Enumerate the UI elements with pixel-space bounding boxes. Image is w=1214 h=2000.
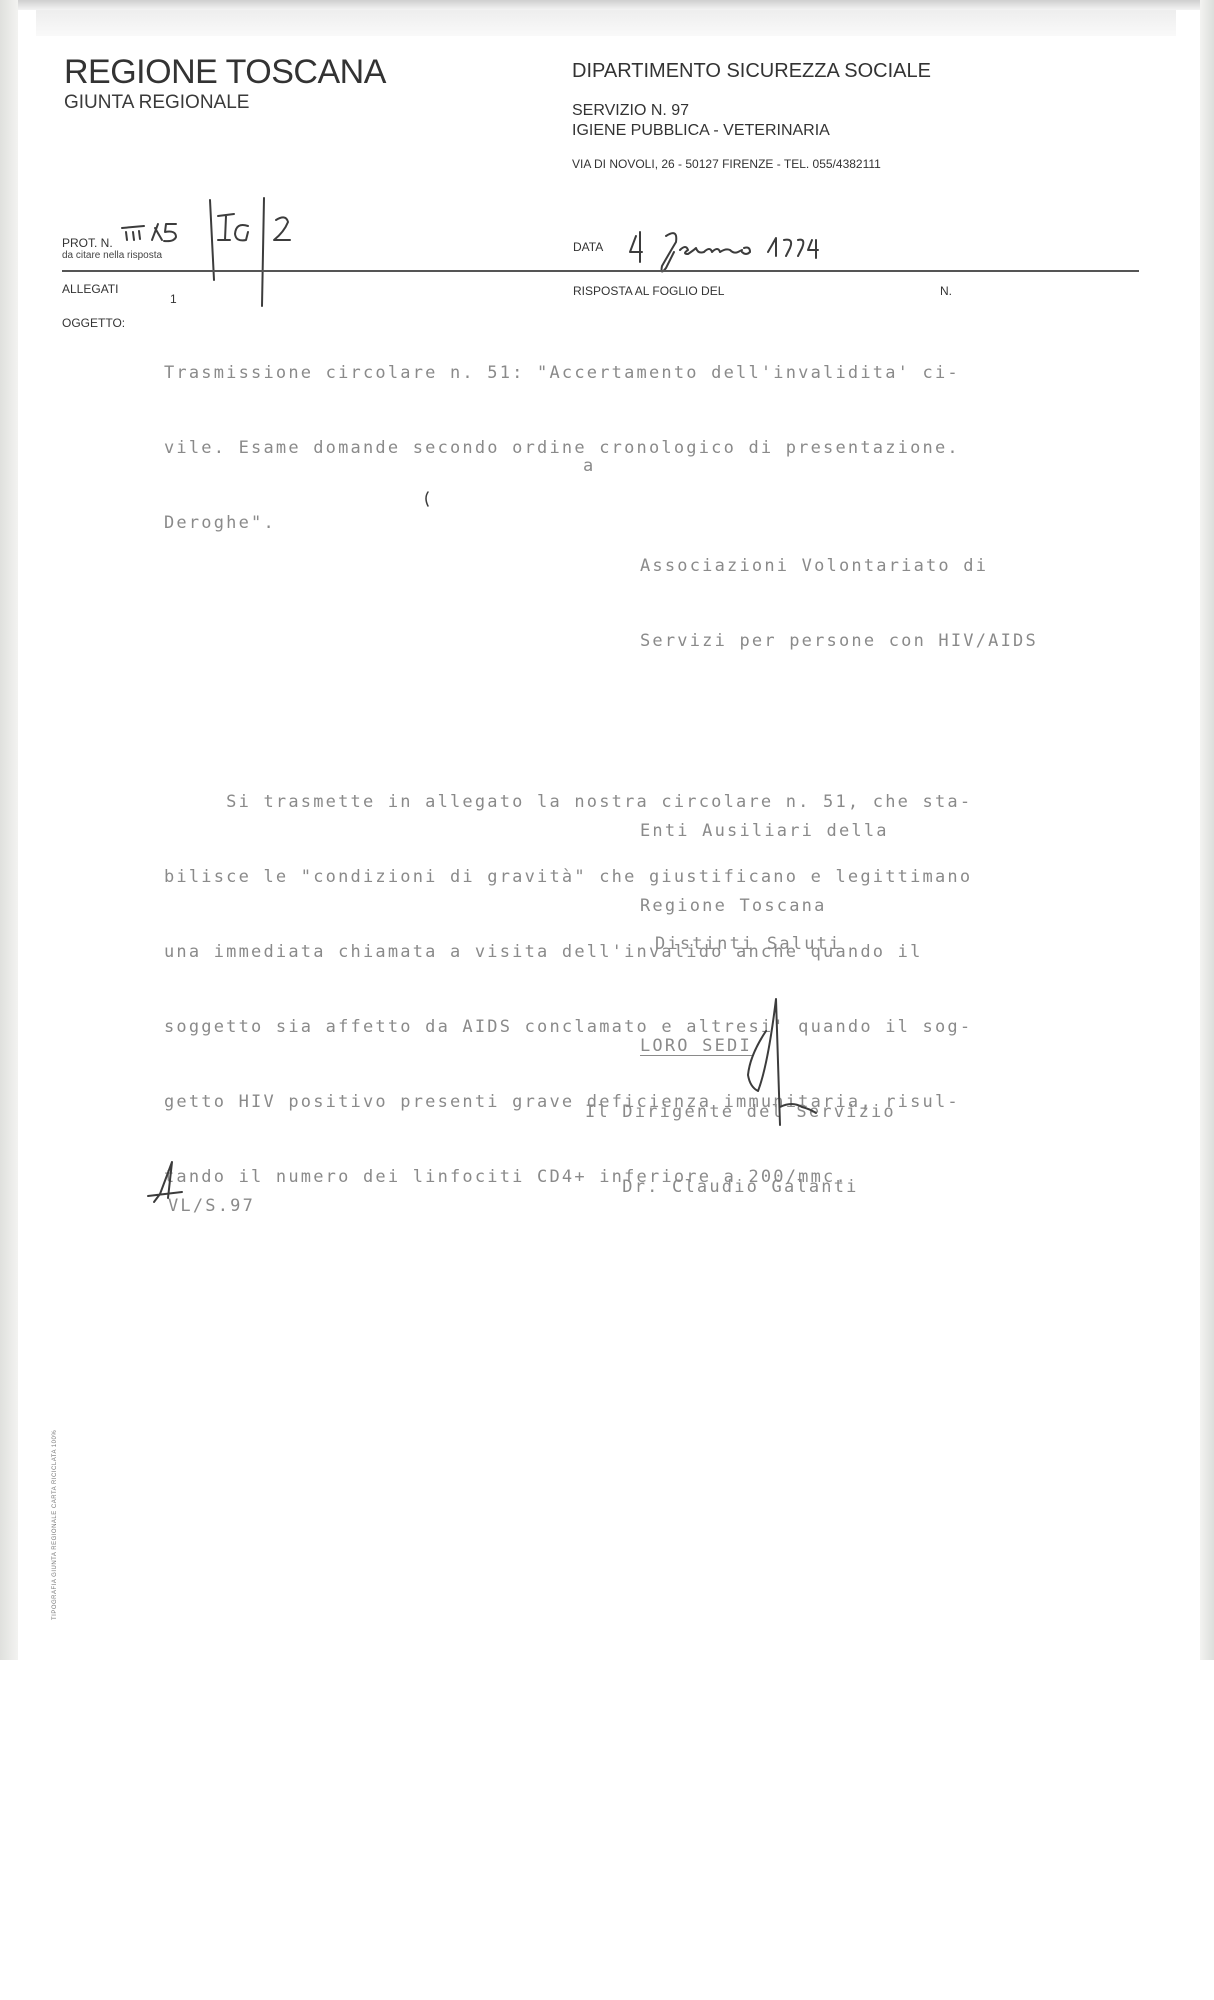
department-name: DIPARTIMENTO SICUREZZA SOCIALE: [572, 60, 931, 83]
addressee-line: Servizi per persone con HIV/AIDS: [640, 629, 1038, 654]
reference-code: VL/S.97: [168, 1194, 255, 1219]
stray-mark: [422, 490, 432, 510]
service-block: SERVIZIO N. 97 IGIENE PUBBLICA - VETERIN…: [572, 101, 830, 141]
date-label: DATA: [573, 240, 603, 254]
prot-number-handwriting: [118, 196, 298, 306]
scan-edge-right: [1200, 0, 1214, 1660]
body-line: Si trasmette in allegato la nostra circo…: [164, 790, 972, 815]
department-address: VIA DI NOVOLI, 26 - 50127 FIRENZE - TEL.…: [572, 157, 881, 171]
signature-handwriting: [740, 995, 860, 1135]
scan-edge-left: [0, 0, 18, 1660]
body-line: bilisce le "condizioni di gravità" che g…: [164, 865, 972, 890]
service-number: SERVIZIO N. 97: [572, 101, 830, 121]
addressee-prefix: a: [583, 454, 595, 479]
allegati-value: 1: [170, 292, 177, 306]
letterhead-org: REGIONE TOSCANA: [64, 53, 386, 92]
date-handwriting: [626, 222, 846, 282]
n-label: N.: [940, 284, 952, 298]
addressee-line: Associazioni Volontariato di: [640, 554, 1038, 579]
printer-imprint: TIPOGRAFIA GIUNTA REGIONALE CARTA RICICL…: [52, 1430, 58, 1620]
allegati-label: ALLEGATI: [62, 282, 118, 296]
scan-edge-top: [0, 0, 1214, 10]
signatory-name: Dr. Claudio Galanti: [585, 1175, 896, 1200]
service-name: IGIENE PUBBLICA - VETERINARIA: [572, 121, 830, 141]
prot-label: PROT. N.: [62, 236, 113, 250]
addressee-group: Associazioni Volontariato di Servizi per…: [640, 504, 1038, 704]
closing-salutation: Distinti Saluti: [655, 932, 842, 957]
body-line: una immediata chiamata a visita dell'inv…: [164, 940, 972, 965]
scan-header-band: [36, 10, 1176, 36]
risposta-label: RISPOSTA AL FOGLIO DEL: [573, 284, 724, 298]
letterhead-sub: GIUNTA REGIONALE: [64, 92, 249, 114]
oggetto-label: OGGETTO:: [62, 316, 125, 330]
header-divider: [62, 270, 1139, 272]
subject-line: Trasmissione circolare n. 51: "Accertame…: [164, 361, 960, 386]
